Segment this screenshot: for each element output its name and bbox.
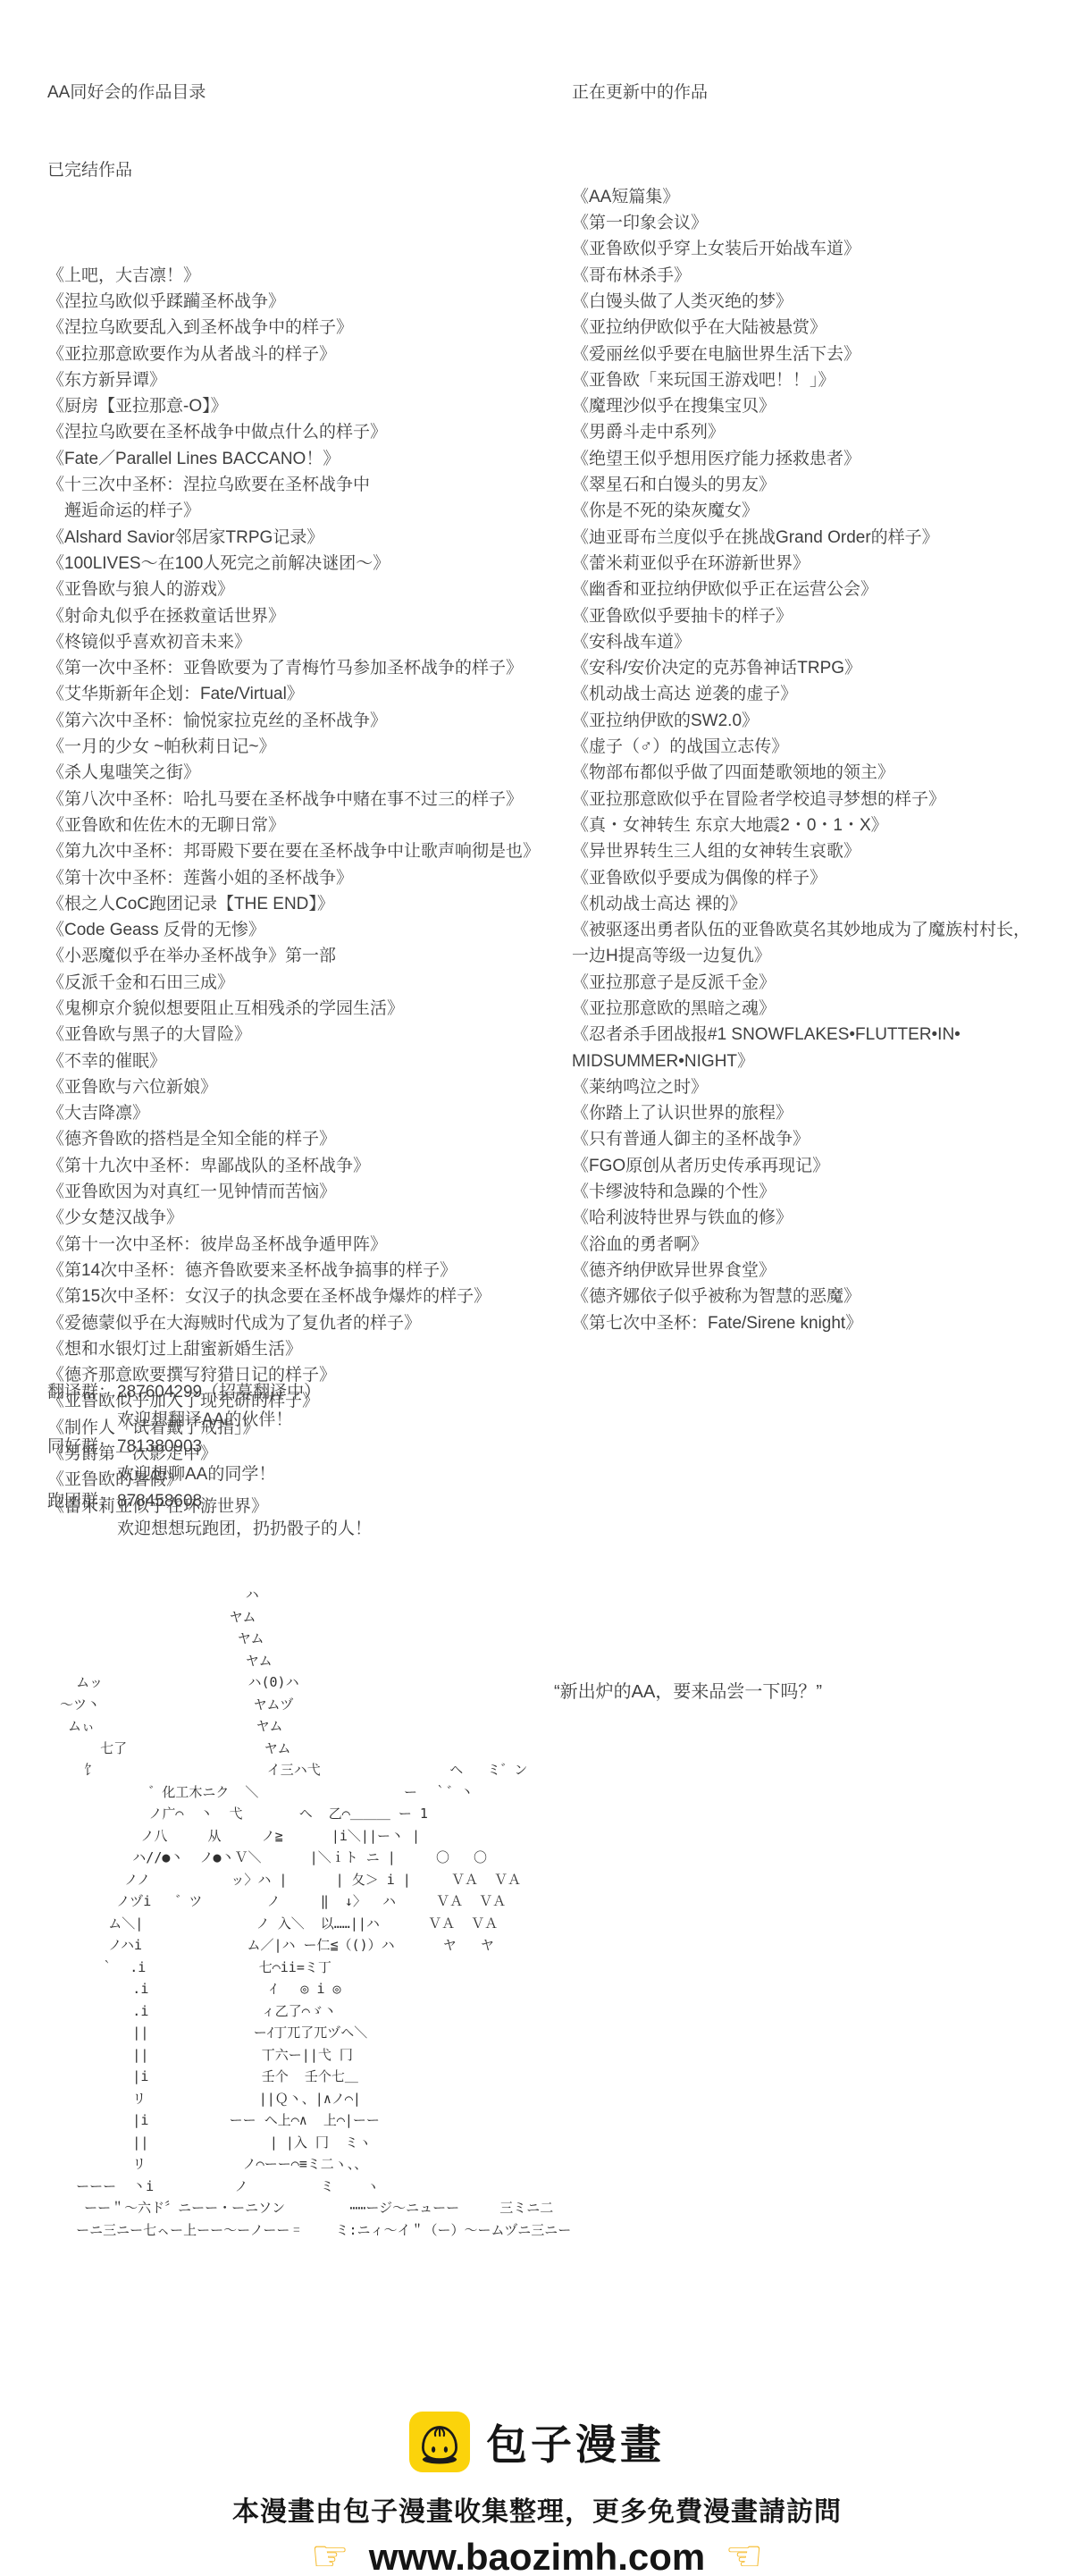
work-title: 《你踏上了认识世界的旅程》 [572, 1100, 1072, 1126]
work-title: 《第十九次中圣杯：卑鄙战队的圣杯战争》 [47, 1153, 552, 1179]
work-title: 《幽香和亚拉纳伊欧似乎正在运营公会》 [572, 577, 1072, 602]
comic-page: AA同好会的作品目录 已完结作品 《上吧，大吉凛！》《涅拉乌欧似乎蹂躏圣杯战争》… [0, 0, 1074, 2576]
work-title: 《安科/安价决定的克苏鲁神话TRPG》 [572, 655, 1072, 681]
qq-group-row: 同好群： 781380903 欢迎想聊AA的同学！ [47, 1434, 372, 1488]
qq-group-row: 翻译群： 287604299（招募翻译中） 欢迎想翻译AA的伙伴！ [47, 1379, 372, 1434]
work-title: 《亚鲁欧与黑子的大冒险》 [47, 1022, 552, 1048]
work-title: 《杀人鬼嗤笑之街》 [47, 760, 552, 786]
work-title: 《哥布林杀手》 [572, 263, 1072, 289]
group-number: 878458608 [117, 1488, 372, 1516]
work-title: 《第九次中圣杯：邦哥殿下要在要在圣杯战争中让歌声响彻是也》 [47, 838, 552, 864]
footer: 包子漫畫 本漫畫由包子漫畫收集整理，更多免費漫畫請訪問 ☞ www.baozim… [0, 2409, 1074, 2576]
site-url: www.baozimh.com [369, 2536, 705, 2576]
work-title: 《你是不死的染灰魔女》 [572, 498, 1072, 524]
work-title: 《第六次中圣杯：愉悦家拉克丝的圣杯战争》 [47, 708, 552, 734]
work-title: 《机动战士高达 逆袭的虚子》 [572, 681, 1072, 707]
work-title: 《莱纳鸣泣之时》 [572, 1074, 1072, 1100]
work-title: 《亚拉那意欧似乎在冒险者学校追寻梦想的样子》 [572, 787, 1072, 812]
group-note: 欢迎想聊AA的同学！ [117, 1461, 275, 1489]
work-title: 《第14次中圣杯：德齐鲁欧要来圣杯战争搞事的样子》 [47, 1258, 552, 1284]
work-title: 《爱德蒙似乎在大海贼时代成为了复仇者的样子》 [47, 1310, 552, 1336]
work-title: 《爱丽丝似乎要在电脑世界生活下去》 [572, 341, 1072, 367]
work-title: 《想和水银灯过上甜蜜新婚生活》 [47, 1336, 552, 1362]
work-title: 《真・女神转生 东京大地震2・0・1・X》 [572, 812, 1072, 838]
work-title: 《涅拉乌欧似乎蹂躏圣杯战争》 [47, 289, 552, 315]
work-title: 《少女楚汉战争》 [47, 1205, 552, 1231]
pointing-left-icon: ☜ [725, 2536, 763, 2576]
work-title: 《第一印象会议》 [572, 210, 1072, 236]
work-title: 《机动战士高达 裸的》 [572, 891, 1072, 917]
work-title: 《亚鲁欧似乎穿上女装后开始战车道》 [572, 236, 1072, 262]
work-title: 《虚子（♂）的战国立志传》 [572, 734, 1072, 760]
group-label: 同好群： [47, 1434, 117, 1488]
work-title: 《一月的少女 ~帕秋莉日记~》 [47, 734, 552, 760]
work-title: 《亚鲁欧因为对真红一见钟情而苦恼》 [47, 1179, 552, 1205]
work-title: 《忍者杀手团战报#1 SNOWFLAKES•FLUTTER•IN• [572, 1022, 1072, 1048]
work-title: 邂逅命运的样子》 [47, 498, 552, 524]
work-title: 《迪亚哥布兰度似乎在挑战Grand Order的样子》 [572, 525, 1072, 551]
group-label: 跑团群： [47, 1488, 117, 1543]
group-note: 欢迎想翻译AA的伙伴！ [117, 1407, 321, 1435]
work-title: 《第15次中圣杯：女汉子的执念要在圣杯战争爆炸的样子》 [47, 1284, 552, 1309]
pointing-right-icon: ☞ [311, 2536, 349, 2576]
work-title: 《亚鲁欧与六位新娘》 [47, 1074, 552, 1100]
work-title: 《蕾米莉亚似乎在环游新世界》 [572, 551, 1072, 577]
group-number: 287604299（招募翻译中） [117, 1379, 321, 1407]
work-title: 《Code Geass 反骨的无惨》 [47, 917, 552, 943]
work-title: 《浴血的勇者啊》 [572, 1232, 1072, 1258]
work-title: 《亚鲁欧「来玩国王游戏吧！！」》 [572, 367, 1072, 393]
ascii-art: ハ ヤム ヤム ヤム ムッ ハ(0)ハ 〜ツ丶 ヤムヅ ムぃ ヤム 七了 ヤム … [52, 1584, 571, 2241]
group-note: 欢迎想想玩跑团，扔扔骰子的人！ [117, 1516, 372, 1544]
work-title: 《上吧，大吉凛！》 [47, 263, 552, 289]
baozi-logo-icon [409, 2412, 470, 2472]
site-url-row: ☞ www.baozimh.com ☜ [0, 2536, 1074, 2576]
work-title: 《100LIVES～在100人死完之前解决谜团～》 [47, 551, 552, 577]
completed-works-heading: 已完结作品 [47, 157, 552, 183]
work-title: 《亚拉那意子是反派千金》 [572, 970, 1072, 996]
work-title: 《卡缪波特和急躁的个性》 [572, 1179, 1072, 1205]
work-title: 一边H提高等级一边复仇》 [572, 943, 1072, 969]
work-title: 《德齐娜依子似乎被称为智慧的恶魔》 [572, 1284, 1072, 1309]
work-title: 《厨房【亚拉那意-O】》 [47, 393, 552, 419]
work-title: 《FGO原创从者历史传承再现记》 [572, 1153, 1072, 1179]
work-title: 《德齐鲁欧的搭档是全知全能的样子》 [47, 1126, 552, 1152]
work-title: 《Fate／Parallel Lines BACCANO！》 [47, 446, 552, 472]
work-title: 《鬼柳京介貌似想要阻止互相残杀的学园生活》 [47, 996, 552, 1022]
work-title: 《第七次中圣杯：Fate/Sirene knight》 [572, 1310, 1072, 1336]
work-title: 《第一次中圣杯：亚鲁欧要为了青梅竹马参加圣杯战争的样子》 [47, 655, 552, 681]
footer-tagline: 本漫畫由包子漫畫收集整理，更多免費漫畫請訪問 [0, 2489, 1074, 2529]
work-title: 《不幸的催眠》 [47, 1048, 552, 1074]
work-title: 《第八次中圣杯：哈扎马要在圣杯战争中赌在事不过三的样子》 [47, 787, 552, 812]
work-title: 《第十一次中圣杯：彼岸岛圣杯战争遁甲阵》 [47, 1232, 552, 1258]
work-title: 《亚拉纳伊欧的SW2.0》 [572, 708, 1072, 734]
work-title: 《翠星石和白馒头的男友》 [572, 472, 1072, 498]
work-title: 《魔理沙似乎在搜集宝贝》 [572, 393, 1072, 419]
work-title: MIDSUMMER•NIGHT》 [572, 1048, 1072, 1074]
qq-group-info: 翻译群： 287604299（招募翻译中） 欢迎想翻译AA的伙伴！ 同好群： 7… [47, 1379, 372, 1543]
work-title: 《哈利波特世界与铁血的修》 [572, 1205, 1072, 1231]
work-title: 《德齐纳伊欧异世界食堂》 [572, 1258, 1072, 1284]
updating-works-list: 正在更新中的作品 《AA短篇集》《第一印象会议》《亚鲁欧似乎穿上女装后开始战车道… [572, 27, 1072, 1336]
work-title: 《东方新异谭》 [47, 367, 552, 393]
work-title: 《物部布都似乎做了四面楚歌领地的领主》 [572, 760, 1072, 786]
work-title: 《男爵斗走中系列》 [572, 419, 1072, 445]
work-title: 《第十次中圣杯：莲酱小姐的圣杯战争》 [47, 865, 552, 891]
work-title: 《只有普通人御主的圣杯战争》 [572, 1126, 1072, 1152]
work-title: 《异世界转生三人组的女神转生哀歌》 [572, 838, 1072, 864]
work-title: 《安科战车道》 [572, 629, 1072, 655]
work-title: 《绝望王似乎想用医疗能力拯救患者》 [572, 446, 1072, 472]
qq-group-row: 跑团群： 878458608 欢迎想想玩跑团，扔扔骰子的人！ [47, 1488, 372, 1543]
work-title: 《被驱逐出勇者队伍的亚鲁欧莫名其妙地成为了魔族村村长， [572, 917, 1072, 943]
work-title: 《亚鲁欧与狼人的游戏》 [47, 577, 552, 602]
work-title: 《亚拉那意欧的黑暗之魂》 [572, 996, 1072, 1022]
work-title: 《柊镜似乎喜欢初音未来》 [47, 629, 552, 655]
work-title: 《涅拉乌欧要在圣杯战争中做点什么的样子》 [47, 419, 552, 445]
work-title: 《大吉降凛》 [47, 1100, 552, 1126]
work-title: 《射命丸似乎在拯救童话世界》 [47, 603, 552, 629]
catalog-title: AA同好会的作品目录 [47, 80, 552, 105]
work-title: 《亚拉那意欧要作为从者战斗的样子》 [47, 341, 552, 367]
work-title: 《涅拉乌欧要乱入到圣杯战争中的样子》 [47, 315, 552, 341]
ascii-art-quote: “新出炉的AA，要来品尝一下吗？” [554, 1677, 822, 1703]
group-number: 781380903 [117, 1434, 275, 1461]
work-title: 《十三次中圣杯：涅拉乌欧要在圣杯战争中 [47, 472, 552, 498]
group-label: 翻译群： [47, 1379, 117, 1434]
work-title: 《根之人CoC跑团记录【THE END】》 [47, 891, 552, 917]
completed-works-list: AA同好会的作品目录 已完结作品 《上吧，大吉凛！》《涅拉乌欧似乎蹂躏圣杯战争》… [47, 27, 552, 1520]
work-title: 《艾华斯新年企划：Fate/Virtual》 [47, 681, 552, 707]
work-title: 《AA短篇集》 [572, 184, 1072, 210]
work-title: 《亚鲁欧和佐佐木的无聊日常》 [47, 812, 552, 838]
work-title: 《亚拉纳伊欧似乎在大陆被悬赏》 [572, 315, 1072, 341]
brand-row: 包子漫畫 [0, 2409, 1074, 2475]
work-title: 《亚鲁欧似乎要抽卡的样子》 [572, 603, 1072, 629]
work-title: 《小恶魔似乎在举办圣杯战争》第一部 [47, 943, 552, 969]
brand-title: 包子漫畫 [486, 2412, 665, 2471]
work-title: 《反派千金和石田三成》 [47, 970, 552, 996]
work-title: 《亚鲁欧似乎要成为偶像的样子》 [572, 865, 1072, 891]
work-title: 《白馒头做了人类灭绝的梦》 [572, 289, 1072, 315]
work-title: 《Alshard Savior邻居家TRPG记录》 [47, 525, 552, 551]
updating-works-heading: 正在更新中的作品 [572, 80, 1072, 105]
